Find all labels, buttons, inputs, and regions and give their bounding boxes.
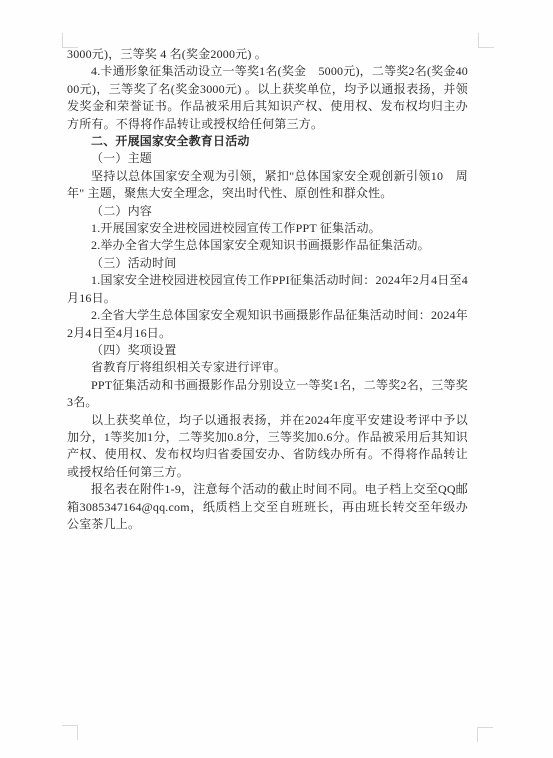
paragraph: 4.卡通形象征集活动设立一等奖1名(奖金 5000元)，二等奖2名(奖金4000… — [67, 63, 468, 133]
paragraph: 报名表在附件1-9，注意每个活动的截止时间不同。电子档上交至QQ邮箱308534… — [67, 481, 468, 533]
text-boundary-mark-top-right — [478, 33, 494, 48]
paragraph: 以上获奖单位，均子以通报表扬，并在2024年度平安建设考评中予以加分，1等奖加1… — [67, 412, 468, 482]
paragraph: 3000元)，三等奖 4 名(奖金2000元) 。 — [67, 46, 468, 63]
paragraph: （三）活动时间 — [67, 255, 468, 272]
paragraph: PPT征集活动和书画摄影作品分别设立一等奖1名，二等奖2名，三等奖3名。 — [67, 377, 468, 412]
heading-paragraph: 二、开展国家安全教育日活动 — [67, 133, 468, 150]
paragraph: 省教育厅将组织相关专家进行评审。 — [67, 359, 468, 376]
text-boundary-mark-bottom-right — [477, 727, 493, 742]
document-body: 3000元)，三等奖 4 名(奖金2000元) 。4.卡通形象征集活动设立一等奖… — [67, 46, 468, 533]
paragraph: 2.全省大学生总体国家安全观知识书画摄影作品征集活动时间：2024年2月4日至4… — [67, 307, 468, 342]
paragraph: 1.国家安全进校园进校园宣传工作PPI征集活动时间：2024年2月4日至4月16… — [67, 272, 468, 307]
document-page: 3000元)，三等奖 4 名(奖金2000元) 。4.卡通形象征集活动设立一等奖… — [0, 0, 553, 758]
paragraph: 2.举办全省大学生总体国家安全观知识书画摄影作品征集活动。 — [67, 237, 468, 254]
paragraph: （四）奖项设置 — [67, 342, 468, 359]
paragraph: （一）主题 — [67, 150, 468, 167]
paragraph: 坚持以总体国家安全观为引领，紧扣"总体国家安全观创新引领10 周年" 主题，聚焦… — [67, 168, 468, 203]
paragraph: （二）内容 — [67, 203, 468, 220]
paragraph: 1.开展国家安全进校园进校园宣传工作PPT 征集活动。 — [67, 220, 468, 237]
text-boundary-mark-bottom-left — [62, 725, 78, 740]
